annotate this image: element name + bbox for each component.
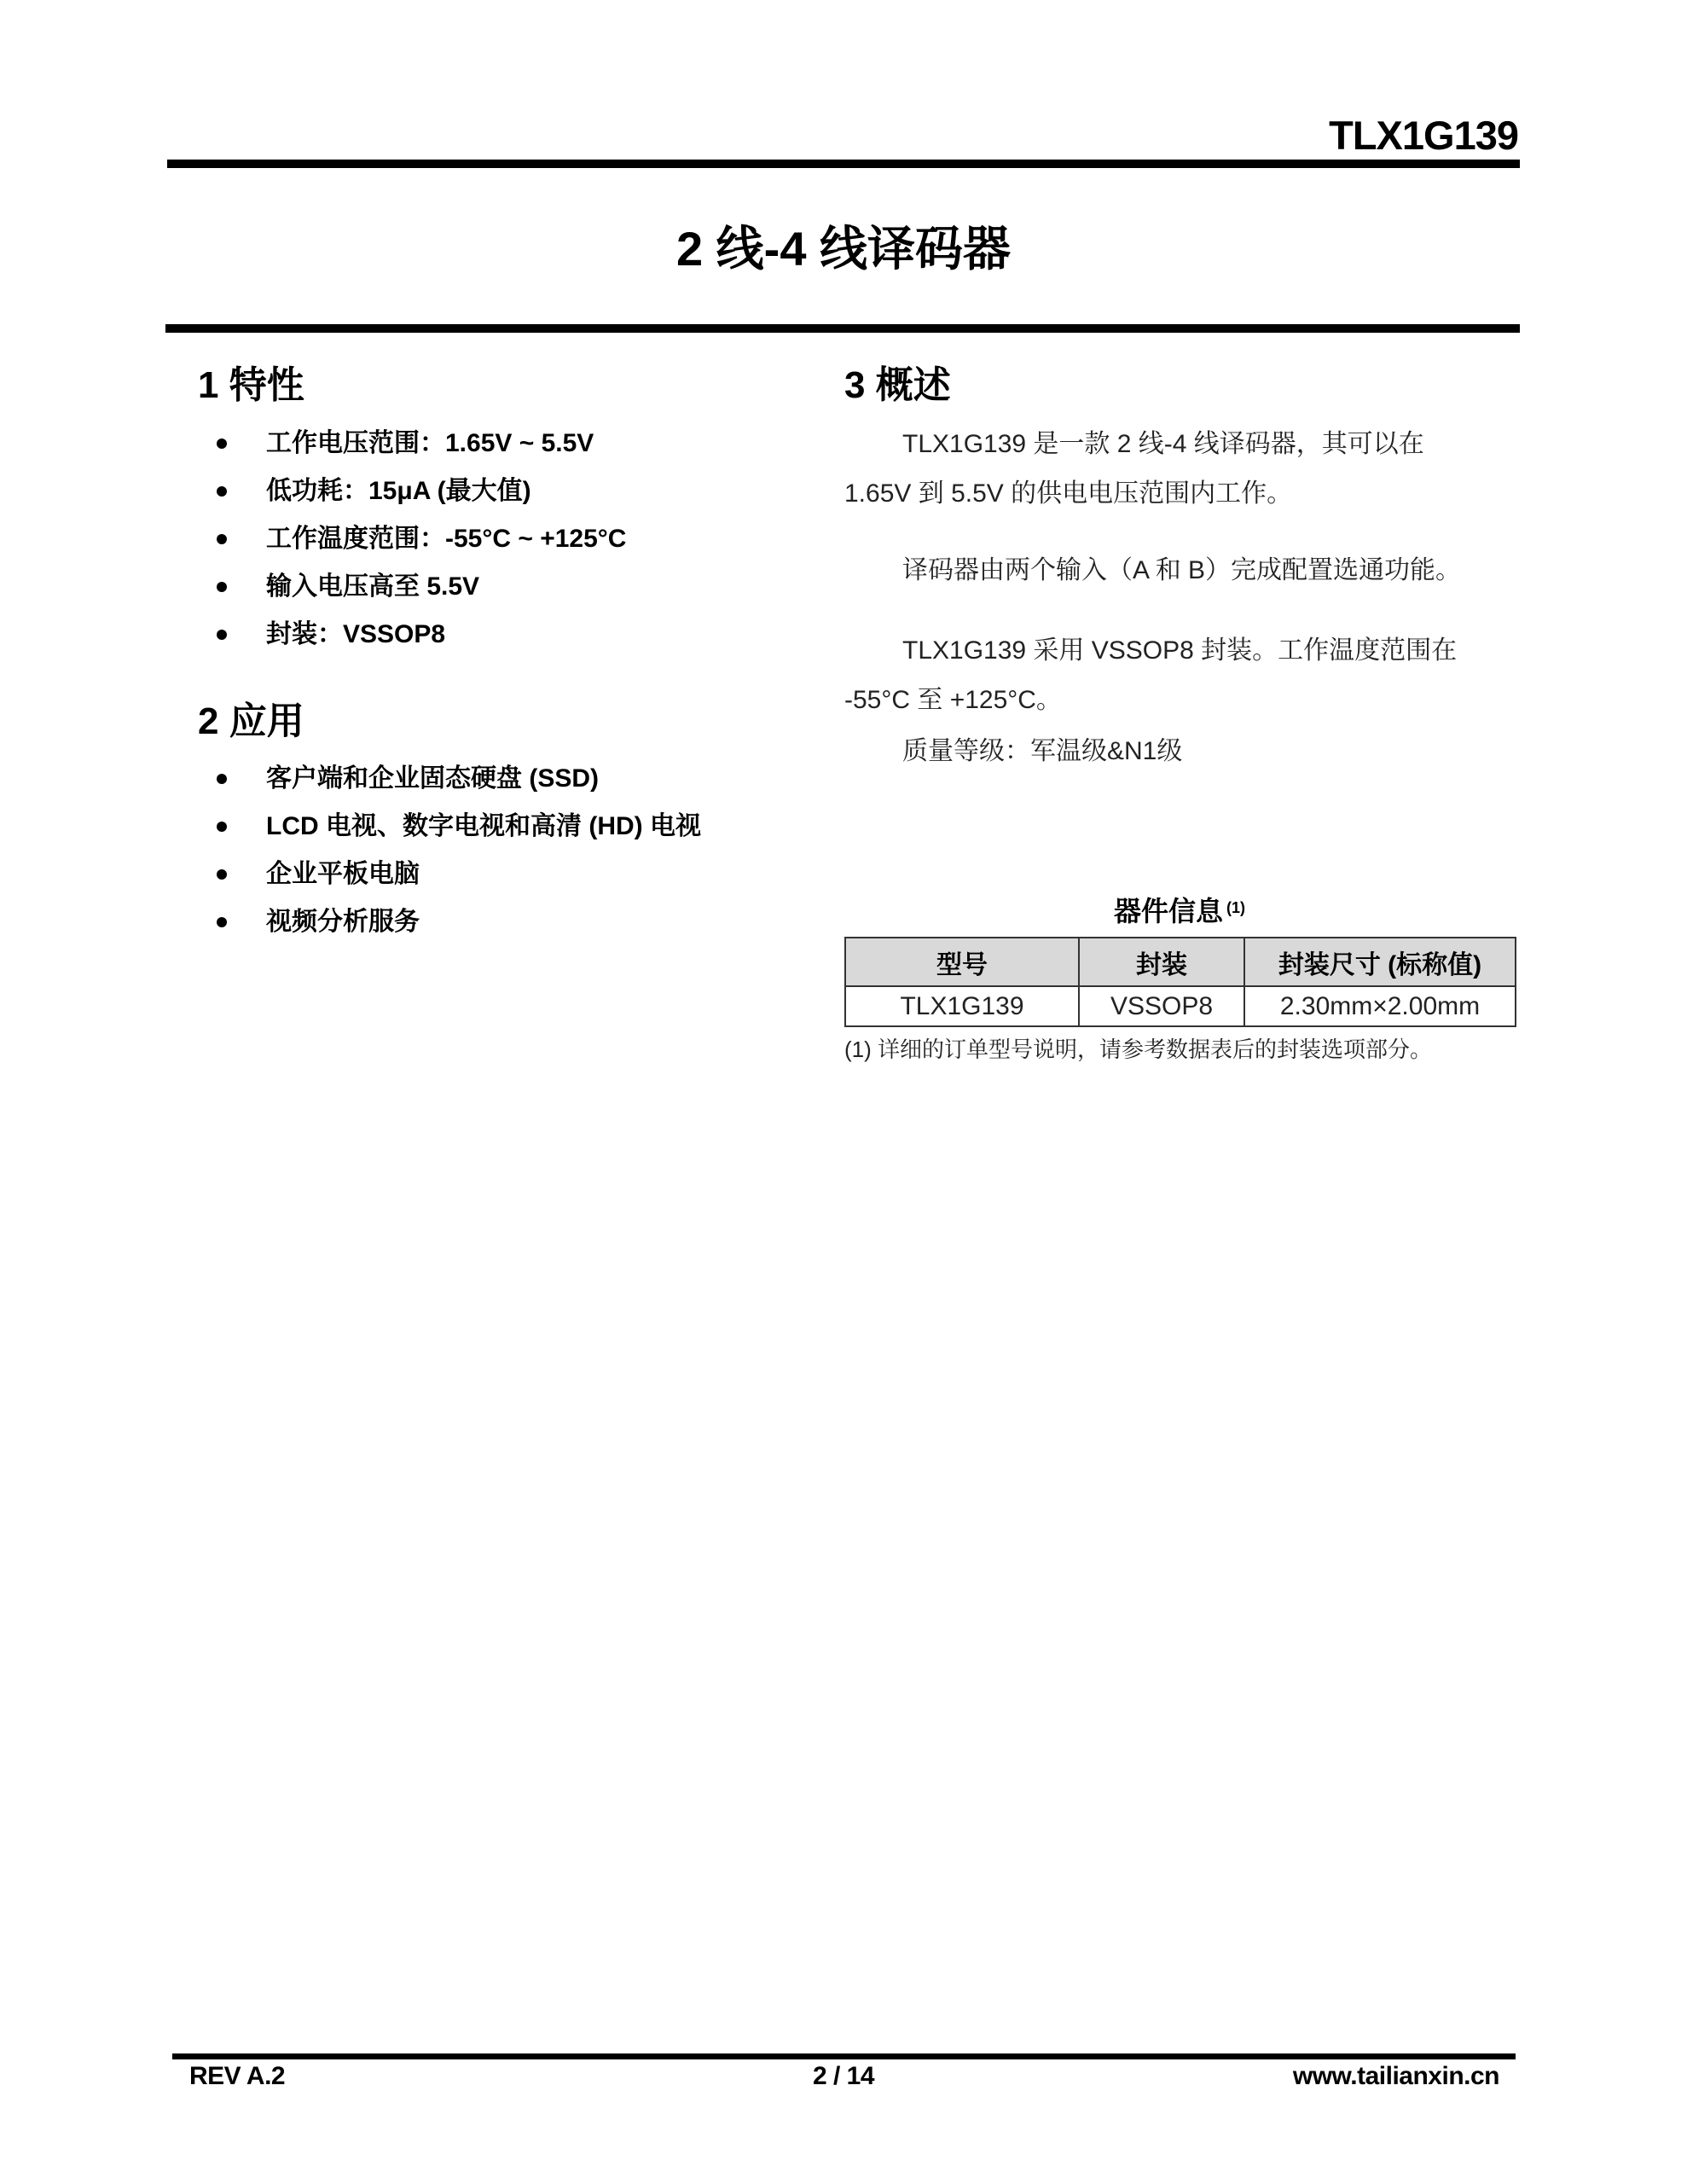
features-list: 工作电压范围：1.65V ~ 5.5V 低功耗：15μA (最大值) 工作温度范…: [198, 420, 626, 659]
column-header-package-size: 封装尺寸 (标称值): [1244, 938, 1516, 986]
bullet-icon: [217, 486, 227, 497]
description-line: TLX1G139 是一款 2 线-4 线译码器，其可以在: [902, 430, 1424, 458]
application-text: 视频分析服务: [266, 908, 420, 936]
column-header-model: 型号: [845, 938, 1079, 986]
cell-package: VSSOP8: [1079, 986, 1244, 1026]
application-item: 客户端和企业固态硬盘 (SSD): [198, 755, 701, 803]
footnote-marker: (1): [1226, 899, 1245, 916]
bullet-icon: [217, 582, 227, 592]
bullet-icon: [217, 869, 227, 880]
feature-item: 工作电压范围：1.65V ~ 5.5V: [198, 420, 626, 468]
description-paragraph-4: 质量等级：军温级&N1级: [844, 727, 1182, 776]
device-info-caption: 器件信息(1): [844, 887, 1515, 935]
description-line: 译码器由两个输入（A 和 B）完成配置选通功能。: [902, 556, 1461, 584]
section-heading-description: 3 概述: [844, 362, 951, 409]
document-title: 2 线-4 线译码器: [0, 218, 1687, 280]
feature-item: 输入电压高至 5.5V: [198, 563, 626, 611]
application-item: LCD 电视、数字电视和高清 (HD) 电视: [198, 803, 701, 851]
description-line: 1.65V 到 5.5V 的供电电压范围内工作。: [844, 479, 1292, 508]
table-header-row: 型号 封装 封装尺寸 (标称值): [845, 938, 1516, 986]
application-text: 企业平板电脑: [266, 860, 420, 888]
table-footnote: (1) 详细的订单型号说明，请参考数据表后的封装选项部分。: [844, 1032, 1432, 1066]
application-item: 企业平板电脑: [198, 851, 701, 898]
feature-text: 低功耗：15μA (最大值): [266, 477, 531, 505]
section-heading-features: 1 特性: [198, 362, 304, 409]
bullet-icon: [217, 917, 227, 927]
column-header-package: 封装: [1079, 938, 1244, 986]
cell-model: TLX1G139: [845, 986, 1079, 1026]
header-rule: [167, 160, 1520, 168]
feature-text: 输入电压高至 5.5V: [266, 572, 479, 601]
feature-item: 封装：VSSOP8: [198, 611, 626, 659]
feature-item: 低功耗：15μA (最大值): [198, 468, 626, 515]
feature-text: 工作温度范围：-55°C ~ +125°C: [266, 525, 626, 553]
description-line: -55°C 至 +125°C。: [844, 686, 1062, 714]
description-paragraph-3: TLX1G139 采用 VSSOP8 封装。工作温度范围在 -55°C 至 +1…: [844, 626, 1457, 725]
bullet-icon: [217, 439, 227, 449]
description-line: TLX1G139 采用 VSSOP8 封装。工作温度范围在: [902, 636, 1457, 665]
application-text: 客户端和企业固态硬盘 (SSD): [266, 764, 599, 793]
bullet-icon: [217, 774, 227, 784]
quality-grade: 质量等级：军温级&N1级: [902, 737, 1182, 765]
device-info-table: 型号 封装 封装尺寸 (标称值) TLX1G139 VSSOP8 2.30mm×…: [844, 937, 1516, 1027]
applications-list: 客户端和企业固态硬盘 (SSD) LCD 电视、数字电视和高清 (HD) 电视 …: [198, 755, 701, 946]
description-paragraph-2: 译码器由两个输入（A 和 B）完成配置选通功能。: [844, 546, 1461, 595]
bullet-icon: [217, 630, 227, 640]
table-row: TLX1G139 VSSOP8 2.30mm×2.00mm: [845, 986, 1516, 1026]
description-paragraph-1: TLX1G139 是一款 2 线-4 线译码器，其可以在 1.65V 到 5.5…: [844, 420, 1424, 519]
application-text: LCD 电视、数字电视和高清 (HD) 电视: [266, 812, 701, 840]
feature-text: 封装：VSSOP8: [266, 620, 445, 648]
feature-item: 工作温度范围：-55°C ~ +125°C: [198, 515, 626, 563]
footer-rule: [172, 2053, 1516, 2059]
footer-website-link[interactable]: www.tailianxin.cn: [1293, 2059, 1499, 2094]
feature-text: 工作电压范围：1.65V ~ 5.5V: [266, 429, 594, 457]
bullet-icon: [217, 822, 227, 832]
header-part-number: TLX1G139: [1329, 113, 1518, 159]
bullet-icon: [217, 534, 227, 544]
section-heading-applications: 2 应用: [198, 698, 304, 746]
title-rule: [165, 324, 1520, 333]
application-item: 视频分析服务: [198, 898, 701, 946]
cell-package-size: 2.30mm×2.00mm: [1244, 986, 1516, 1026]
caption-text: 器件信息: [1114, 896, 1223, 926]
